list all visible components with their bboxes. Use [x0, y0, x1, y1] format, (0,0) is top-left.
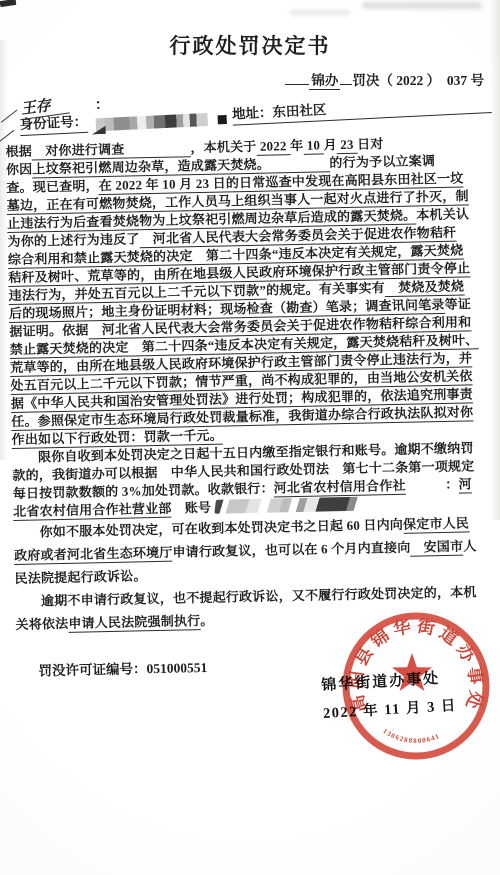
text-segment: 据证明。依据: [9, 322, 88, 339]
seal-serial-number: 1306288800641: [381, 727, 441, 745]
text-segment: 查。现已查明，: [6, 178, 99, 195]
text-segment: 日对: [357, 136, 384, 152]
handwriting-stroke: [0, 130, 15, 143]
document-body: 王存： 身份证号： 地址：东田社区 根据 对你进行调查 ，本机关于 2022 年…: [0, 92, 500, 680]
text-segment: 。: [200, 613, 214, 628]
text-segment: 本机关认: [416, 206, 469, 222]
address-label-and-value: 地址：东田社区: [232, 101, 327, 126]
text-segment: ，本机关于: [190, 139, 256, 155]
text-segment: 为你的上述行为违反了: [7, 231, 139, 249]
redaction-square: [217, 115, 226, 124]
text-segment: 根据: [5, 144, 32, 160]
text-segment: ：: [406, 477, 459, 493]
blank-underline: [285, 84, 309, 85]
handwriting-stroke: [1, 110, 18, 123]
star-icon: [392, 653, 432, 691]
text-segment: 焚烧及焚烧: [385, 279, 465, 298]
text-segment: 河北省农村信用合作社: [274, 478, 406, 498]
text-segment: 申请人民法院强制执行: [68, 613, 200, 633]
text-segment: 账号: [171, 500, 211, 516]
text-segment: 23: [337, 137, 358, 154]
scan-artifact-streak: [290, 10, 350, 15]
text-segment: 关将依法: [15, 616, 68, 632]
text-segment: 保定市人民: [403, 515, 469, 533]
text-segment: 10: [303, 137, 324, 154]
text-segment: 安国市: [410, 539, 463, 557]
text-segment: 政府或者河北省生态环境厅: [14, 545, 173, 565]
text-segment: 的规定。有关事实有: [266, 280, 385, 297]
svg-text:1306288800641: 1306288800641: [381, 727, 441, 745]
text-segment: 年: [290, 138, 304, 153]
main-paragraphs: 根据 对你进行调查 ，本机关于 2022 年 10 月 23 日对你因上坟祭祀引…: [0, 133, 500, 521]
text-segment: 人: [463, 538, 477, 553]
name-colon: ：: [95, 98, 110, 114]
text-segment: 河: [458, 476, 472, 493]
text-segment: 的行为予以立案调: [329, 153, 435, 170]
official-red-seal: 高阳县锦华街道办事处 1306288800641: [336, 606, 496, 766]
document-title: 行政处罚决定书: [0, 0, 500, 60]
permit-label: 罚没许可证编号：: [38, 661, 146, 678]
text-segment: 等证: [444, 296, 471, 312]
permit-value: 051000551: [146, 660, 207, 676]
text-segment: 民法院提起行政诉讼。: [14, 568, 146, 586]
redacted-id-number: [95, 113, 208, 131]
scanned-document-page: 行政处罚决定书 锦办罚决（ 2022 ） 037 号 王存： 身份证号： 地址：…: [0, 0, 500, 875]
seal-ring: [346, 616, 486, 756]
redacted-account-number: [214, 497, 366, 514]
text-segment: 你因: [6, 162, 33, 178]
text-segment: 申请行政复议，也可以在 6 个月内直接向: [172, 540, 410, 560]
scan-artifact-streak: [362, 2, 482, 9]
text-segment: 月: [323, 137, 337, 152]
text-segment: 2022: [256, 138, 290, 156]
